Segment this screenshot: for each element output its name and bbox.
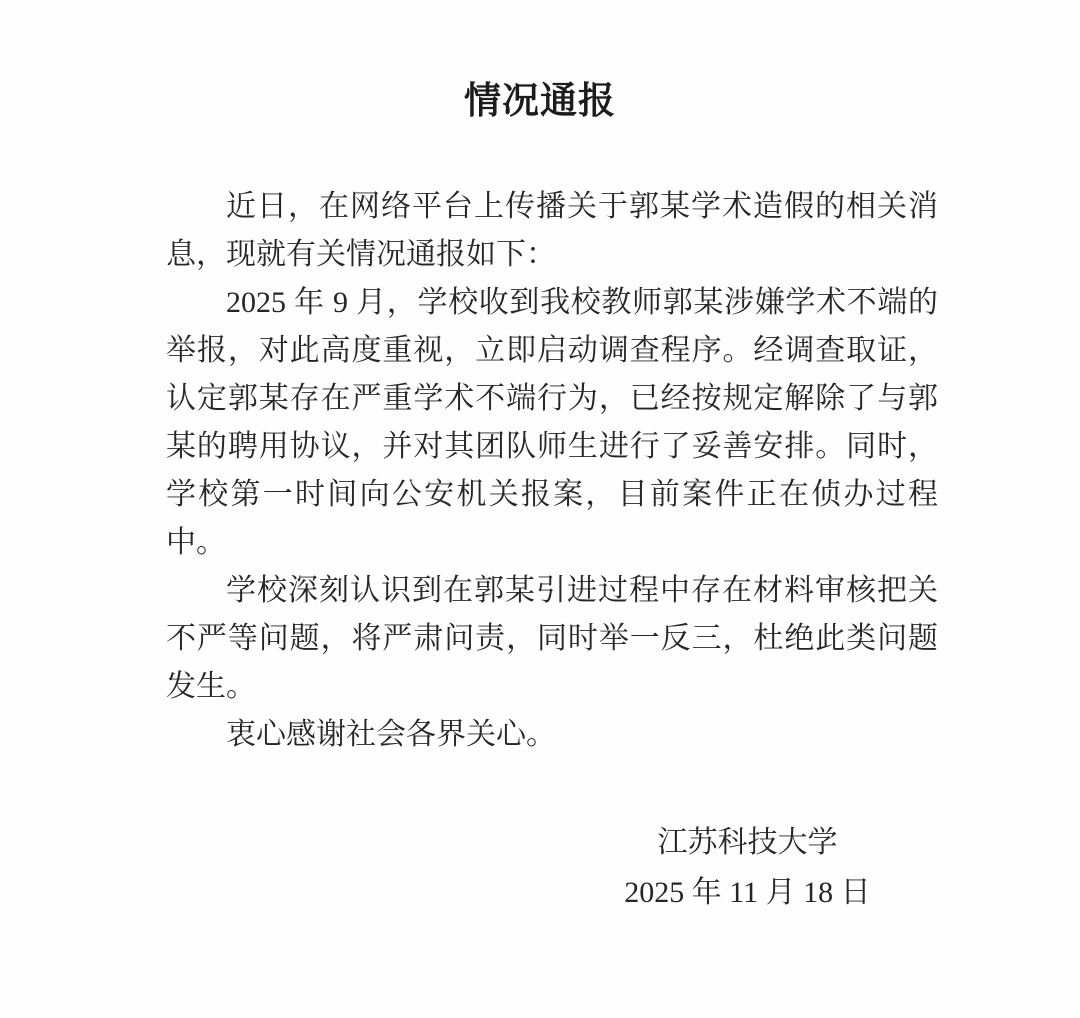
announcement-page: 情况通报 近日，在网络平台上传播关于郭某学术造假的相关消息，现就有关情况通报如下… <box>0 0 1080 1018</box>
paragraph-investigation: 2025 年 9 月，学校收到我校教师郭某涉嫌学术不端的举报，对此高度重视，立即… <box>166 279 938 567</box>
paragraph-thanks: 衷心感谢社会各界关心。 <box>166 711 938 759</box>
paragraph-accountability: 学校深刻认识到在郭某引进过程中存在材料审核把关不严等问题，将严肃问责，同时举一反… <box>166 567 938 711</box>
paragraph-intro: 近日，在网络平台上传播关于郭某学术造假的相关消息，现就有关情况通报如下： <box>166 183 938 279</box>
signature-date: 2025 年 11 月 18 日 <box>575 868 920 918</box>
signature-organization: 江苏科技大学 <box>575 818 920 868</box>
signature-block: 江苏科技大学 2025 年 11 月 18 日 <box>575 818 920 918</box>
page-title: 情况通报 <box>0 70 1080 124</box>
announcement-body: 近日，在网络平台上传播关于郭某学术造假的相关消息，现就有关情况通报如下： 202… <box>166 183 938 759</box>
